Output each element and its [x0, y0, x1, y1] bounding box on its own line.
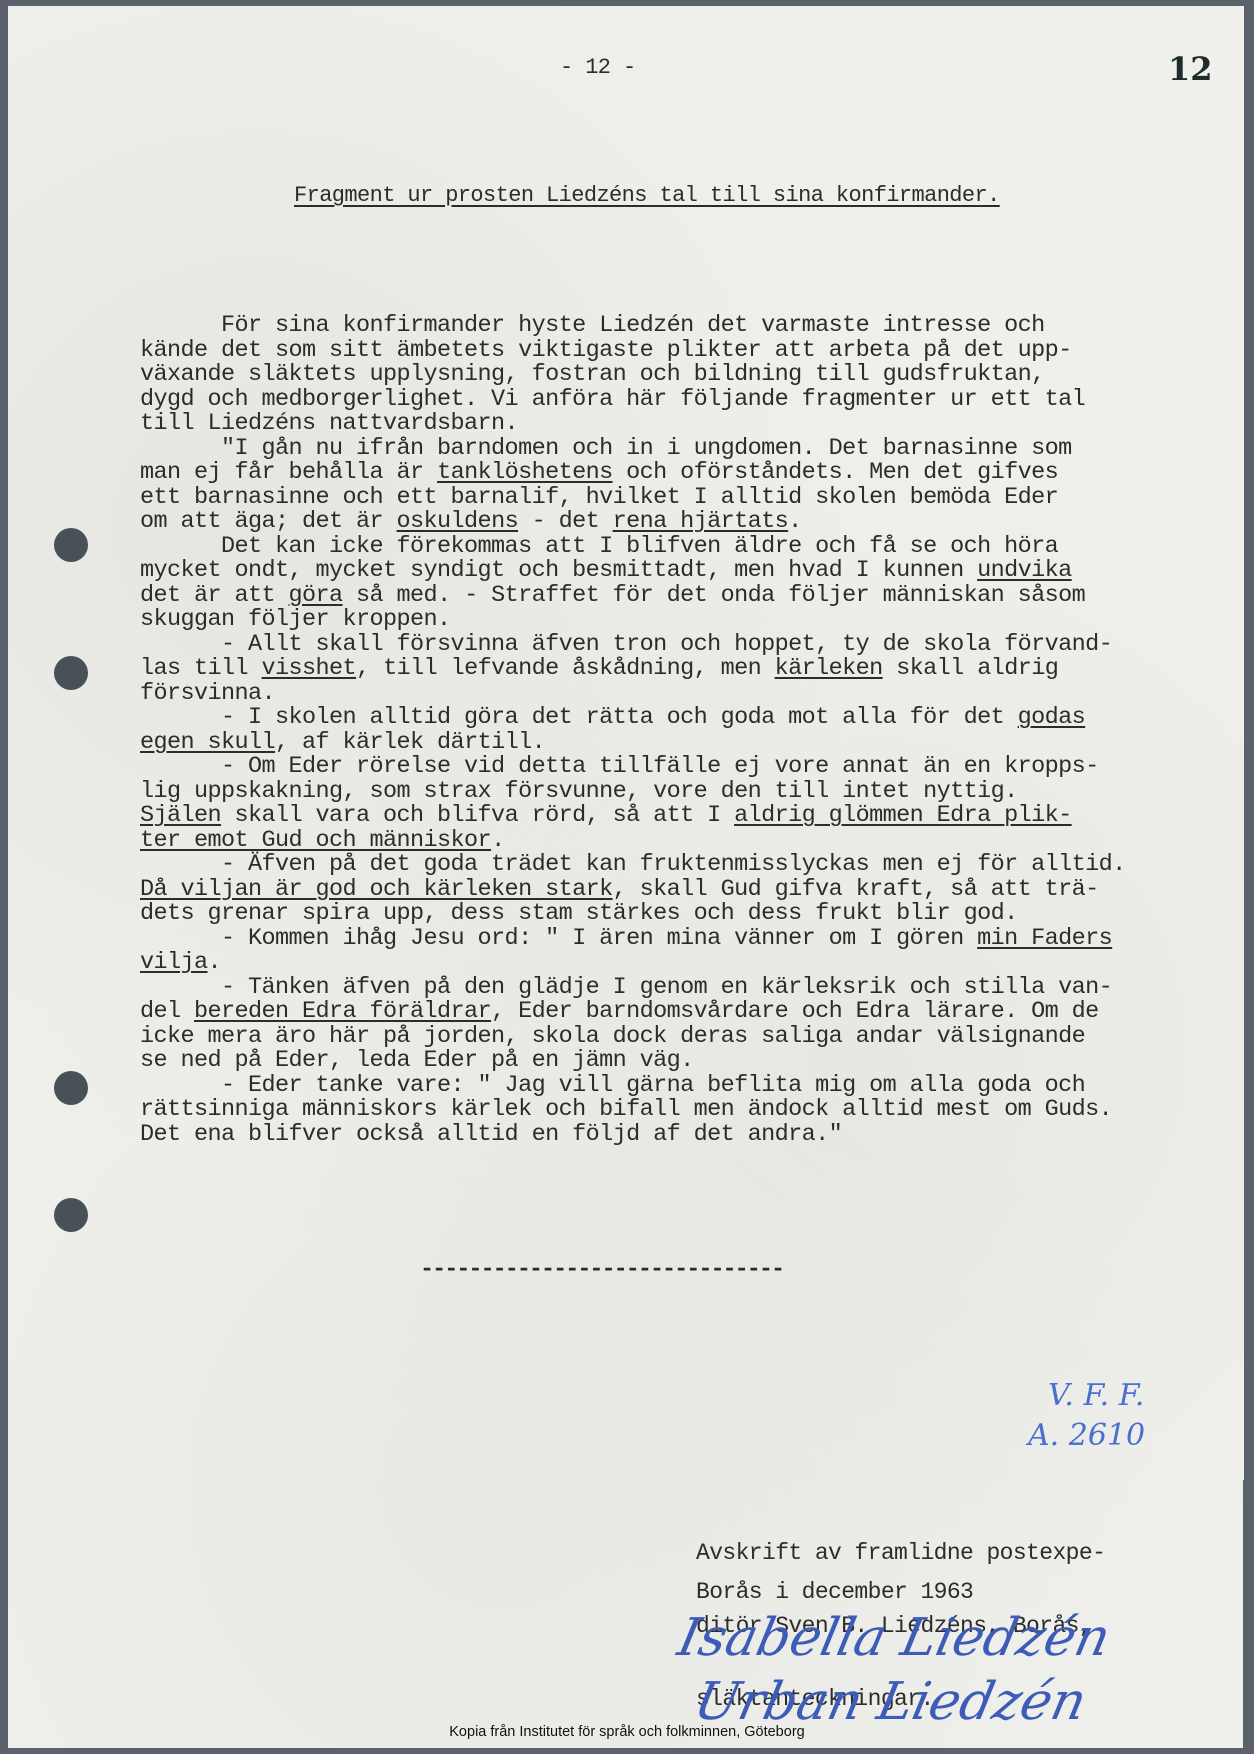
text-line: skuggan följer kroppen. [140, 608, 1126, 633]
punch-hole [54, 1071, 88, 1105]
stamp-line-1: V. F. F. [1048, 1378, 1144, 1413]
underlined-phrase: tanklöshetens [437, 459, 613, 486]
page-number: 12 [1168, 50, 1213, 88]
underlined-phrase: oskuldens [397, 508, 519, 535]
underlined-phrase: egen skull [140, 729, 275, 756]
text-line: dets grenar spira upp, dess stam stärkes… [140, 902, 1126, 927]
text-line: man ej får behålla är tanklöshetens och … [140, 461, 1126, 486]
scanner-edge [1243, 1480, 1254, 1754]
page-marker: - 12 - [560, 56, 636, 81]
text-line: vilja. [140, 951, 1126, 976]
underlined-phrase: aldrig glömmen Edra plik- [734, 802, 1072, 829]
underlined-phrase: godas [1018, 704, 1086, 731]
text-line: ter emot Gud och människor. [140, 829, 1126, 854]
text-line: egen skull, af kärlek därtill. [140, 731, 1126, 756]
underlined-phrase: ter emot Gud och människor [140, 827, 491, 854]
text-line: det är att göra så med. - Straffet för d… [140, 584, 1126, 609]
document-page: - 12 - 12 Fragment ur prosten Liedzéns t… [8, 6, 1244, 1748]
text-line: ett barnasinne och ett barnalif, hvilket… [140, 486, 1126, 511]
underlined-phrase: göra [289, 582, 343, 609]
text-line: kände det som sitt ämbetets viktigaste p… [140, 339, 1126, 364]
text-line: Själen skall vara och blifva rörd, så at… [140, 804, 1126, 829]
text-line: till Liedzéns nattvardsbarn. [140, 412, 1126, 437]
underlined-phrase: vilja [140, 949, 208, 976]
document-title: Fragment ur prosten Liedzéns tal till si… [294, 184, 1000, 209]
archive-stamp: V. F. F. A. 2610 [1048, 1376, 1145, 1456]
text-line: Då viljan är god och kärleken stark, ska… [140, 878, 1126, 903]
stamp-line-2: A. 2610 [1028, 1416, 1145, 1456]
text-line: Det ena blifver också alltid en följd af… [140, 1123, 1126, 1148]
text-line: lig uppskakning, som strax försvunne, vo… [140, 780, 1126, 805]
text-line: las till visshet, till lefvande åskådnin… [140, 657, 1126, 682]
text-line: För sina konfirmander hyste Liedzén det … [140, 314, 1126, 339]
underlined-phrase: Då viljan är god och kärleken stark [140, 876, 613, 903]
text-line: - Äfven på det goda trädet kan fruktenmi… [140, 853, 1126, 878]
underlined-phrase: visshet [262, 655, 357, 682]
underlined-phrase: undvika [977, 557, 1072, 584]
text-line: dygd och medborgerlighet. Vi anföra här … [140, 388, 1126, 413]
body-text: För sina konfirmander hyste Liedzén det … [140, 314, 1126, 1147]
text-line: - Om Eder rörelse vid detta tillfälle ej… [140, 755, 1126, 780]
punch-hole [54, 656, 88, 690]
underlined-phrase: rena hjärtats [613, 508, 789, 535]
place-date: Borås i december 1963 [696, 1580, 973, 1605]
text-line: rättsinniga människors kärlek och bifall… [140, 1098, 1126, 1123]
text-line: om att äga; det är oskuldens - det rena … [140, 510, 1126, 535]
underlined-phrase: bereden Edra föräldrar [194, 998, 491, 1025]
punch-hole [54, 1198, 88, 1232]
text-line: del bereden Edra föräldrar, Eder barndom… [140, 1000, 1126, 1025]
underlined-phrase: kärleken [775, 655, 883, 682]
text-line: - Tänken äfven på den glädje I genom en … [140, 976, 1126, 1001]
text-line: "I gån nu ifrån barndomen och in i ungdo… [140, 437, 1126, 462]
underlined-phrase: min Faders [977, 925, 1112, 952]
text-line: försvinna. [140, 682, 1126, 707]
text-line: - Kommen ihåg Jesu ord: " I ären mina vä… [140, 927, 1126, 952]
text-line: se ned på Eder, leda Eder på en jämn väg… [140, 1049, 1126, 1074]
text-line: - Eder tanke vare: " Jag vill gärna befl… [140, 1074, 1126, 1099]
text-line: växande släktets upplysning, fostran och… [140, 363, 1126, 388]
note-line: Avskrift av framlidne postexpe- [696, 1541, 1105, 1565]
text-line: Det kan icke förekommas att I blifven äl… [140, 535, 1126, 560]
signature-1: Isabella Liedzén [672, 1606, 1206, 1670]
punch-hole [54, 528, 88, 562]
copy-footer: Kopia från Institutet för språk och folk… [0, 1724, 1254, 1740]
text-line: - I skolen alltid göra det rätta och god… [140, 706, 1126, 731]
text-line: - Allt skall försvinna äfven tron och ho… [140, 633, 1126, 658]
text-line: icke mera äro här på jorden, skola dock … [140, 1025, 1126, 1050]
text-line: mycket ondt, mycket syndigt och besmitta… [140, 559, 1126, 584]
separator-line: ------------------------------ [420, 1258, 783, 1283]
underlined-phrase: Själen [140, 802, 221, 829]
